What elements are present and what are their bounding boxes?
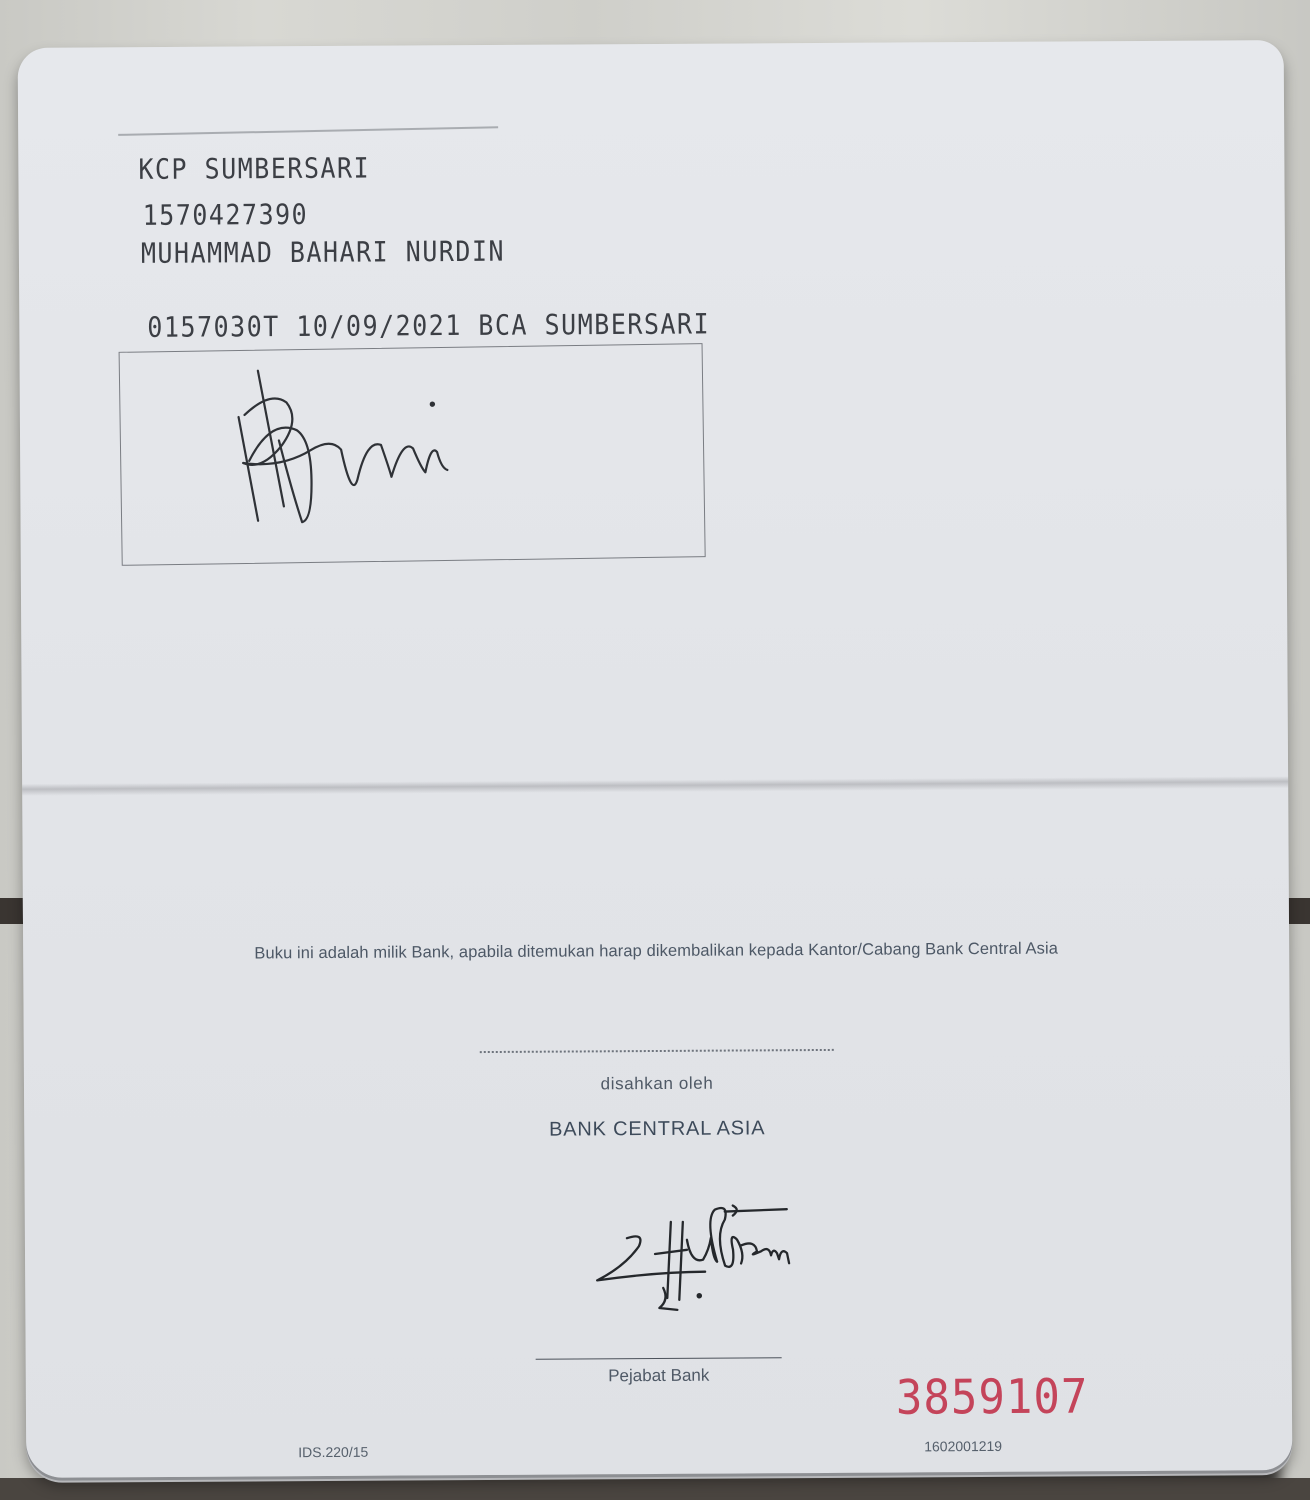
passbook: KCP SUMBERSARI 1570427390 MUHAMMAD BAHAR… [18, 40, 1293, 1478]
official-signature-line [536, 1357, 782, 1360]
official-label: Pejabat Bank [26, 1362, 1292, 1390]
ratified-by-label: disahkan oleh [24, 1070, 1290, 1098]
serial-number-small: 1602001219 [924, 1438, 1002, 1454]
bank-name: BANK CENTRAL ASIA [24, 1114, 1290, 1145]
ownership-notice: Buku ini adalah milik Bank, apabila dite… [23, 938, 1289, 965]
serial-number-red: 3859107 [896, 1369, 1089, 1425]
holder-signature-icon [120, 344, 705, 565]
passbook-bottom-page: Buku ini adalah milik Bank, apabila dite… [22, 788, 1292, 1478]
holder-signature-box [119, 343, 706, 566]
issue-line: 0157030T 10/09/2021 BCA SUMBERSARI [147, 308, 710, 344]
form-code: IDS.220/15 [298, 1444, 368, 1460]
background-tile-grout-bottom [0, 1478, 1310, 1500]
printed-rule-line [118, 126, 498, 136]
branch-name: KCP SUMBERSARI [138, 152, 370, 186]
account-number: 1570427390 [143, 198, 309, 231]
official-signature-icon [565, 1179, 826, 1331]
account-holder-name: MUHAMMAD BAHARI NURDIN [141, 235, 505, 270]
passbook-top-page: KCP SUMBERSARI 1570427390 MUHAMMAD BAHAR… [18, 40, 1288, 788]
dotted-line [480, 1049, 834, 1053]
